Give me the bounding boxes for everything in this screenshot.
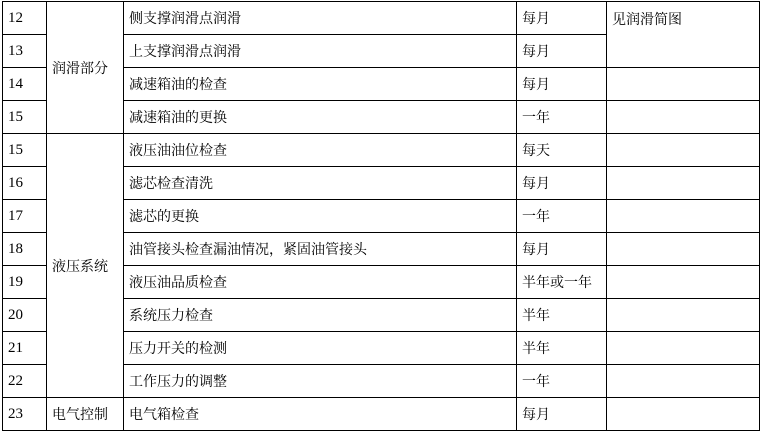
row-number: 15 (3, 134, 47, 167)
maintenance-cycle: 每月 (517, 35, 607, 68)
remark-cell (607, 167, 760, 200)
maintenance-cycle: 一年 (517, 365, 607, 398)
maintenance-cycle: 每月 (517, 167, 607, 200)
row-number: 17 (3, 200, 47, 233)
remark-cell (607, 68, 760, 101)
maintenance-cycle: 半年 (517, 332, 607, 365)
remark-cell (607, 332, 760, 365)
row-number: 15 (3, 101, 47, 134)
remark-cell (607, 365, 760, 398)
remark-cell (607, 299, 760, 332)
row-number: 23 (3, 398, 47, 431)
row-number: 12 (3, 2, 47, 35)
remark-cell (607, 266, 760, 299)
maintenance-table: 12 润滑部分 侧支撑润滑点润滑 每月 见润滑简图 13 上支撑润滑点润滑 每月… (2, 1, 760, 431)
remark-cell (607, 233, 760, 266)
maintenance-cycle: 每月 (517, 68, 607, 101)
maintenance-item: 减速箱油的更换 (124, 101, 517, 134)
maintenance-item: 液压油油位检查 (124, 134, 517, 167)
maintenance-cycle: 半年或一年 (517, 266, 607, 299)
table-row: 23 电气控制 电气箱检查 每月 (3, 398, 760, 431)
row-number: 22 (3, 365, 47, 398)
maintenance-item: 油管接头检查漏油情况，紧固油管接头 (124, 233, 517, 266)
maintenance-item: 液压油品质检查 (124, 266, 517, 299)
maintenance-item: 侧支撑润滑点润滑 (124, 2, 517, 35)
maintenance-item: 滤芯的更换 (124, 200, 517, 233)
maintenance-cycle: 每月 (517, 233, 607, 266)
table-row: 15 液压系统 液压油油位检查 每天 (3, 134, 760, 167)
maintenance-cycle: 半年 (517, 299, 607, 332)
maintenance-item: 系统压力检查 (124, 299, 517, 332)
maintenance-cycle: 每天 (517, 134, 607, 167)
row-number: 21 (3, 332, 47, 365)
maintenance-item: 减速箱油的检查 (124, 68, 517, 101)
maintenance-cycle: 每月 (517, 398, 607, 431)
remark-cell (607, 101, 760, 134)
maintenance-item: 电气箱检查 (124, 398, 517, 431)
table-row: 12 润滑部分 侧支撑润滑点润滑 每月 见润滑简图 (3, 2, 760, 35)
row-number: 16 (3, 167, 47, 200)
remark-cell (607, 398, 760, 431)
maintenance-cycle: 每月 (517, 2, 607, 35)
row-number: 13 (3, 35, 47, 68)
group-label-lubrication: 润滑部分 (47, 2, 124, 134)
maintenance-cycle: 一年 (517, 200, 607, 233)
maintenance-item: 工作压力的调整 (124, 365, 517, 398)
remark-cell (607, 134, 760, 167)
row-number: 19 (3, 266, 47, 299)
row-number: 14 (3, 68, 47, 101)
group-label-electrical: 电气控制 (47, 398, 124, 431)
group-label-hydraulic: 液压系统 (47, 134, 124, 398)
maintenance-cycle: 一年 (517, 101, 607, 134)
maintenance-item: 滤芯检查清洗 (124, 167, 517, 200)
maintenance-item: 压力开关的检测 (124, 332, 517, 365)
row-number: 18 (3, 233, 47, 266)
remark-cell (607, 200, 760, 233)
row-number: 20 (3, 299, 47, 332)
remark-lubrication-note: 见润滑简图 (607, 2, 760, 68)
maintenance-item: 上支撑润滑点润滑 (124, 35, 517, 68)
